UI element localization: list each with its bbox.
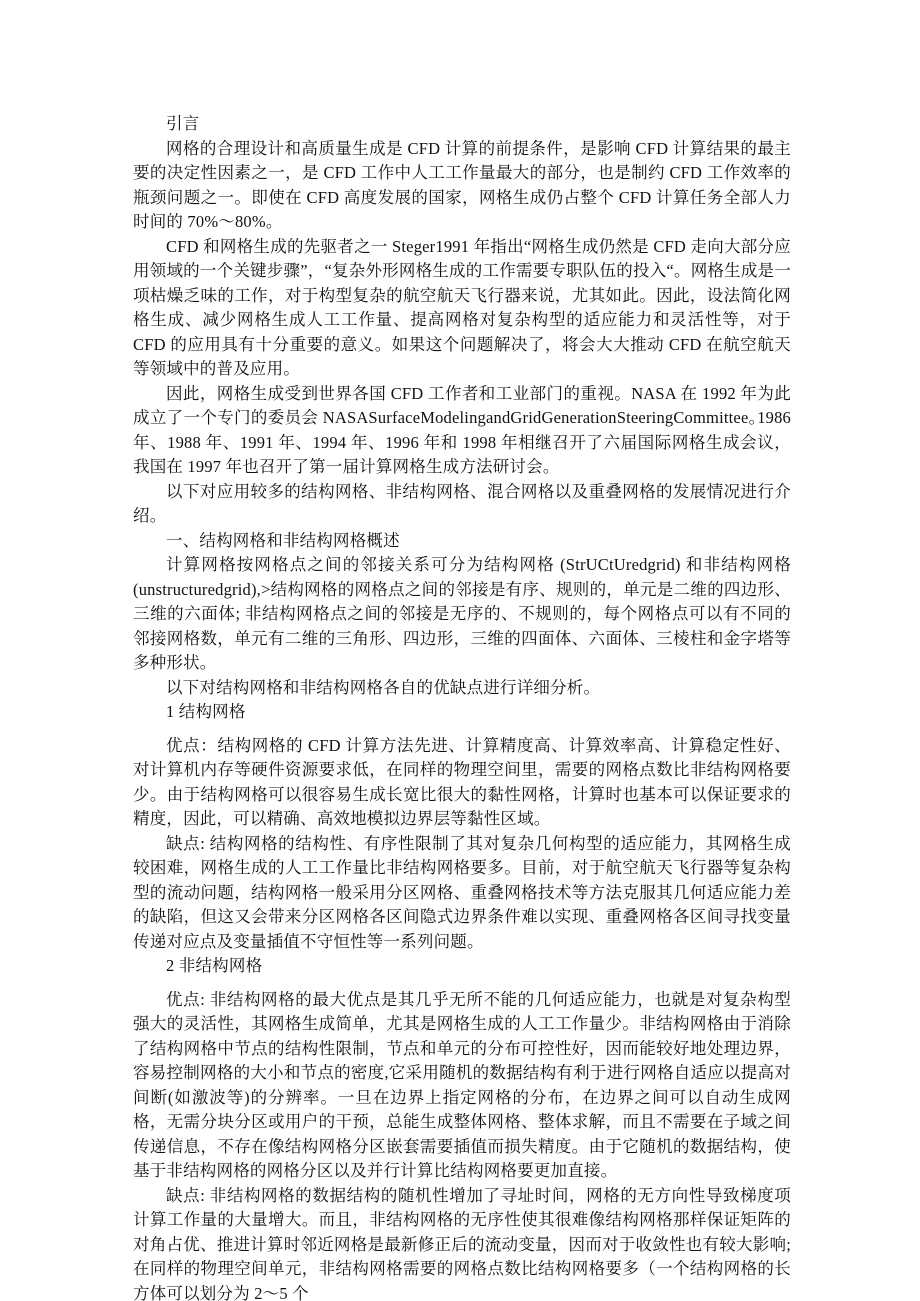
para-unstructured-pros: 优点: 非结构网格的最大优点是其几乎无所不能的几何适应能力，也就是对复杂构型强大… (133, 988, 791, 1184)
para-structured-cons: 缺点: 结构网格的结构性、有序性限制了其对复杂几何构型的适应能力，其网格生成较困… (133, 832, 791, 955)
heading-introduction: 引言 (133, 112, 791, 137)
para-grid-classification: 计算网格按网格点之间的邻接关系可分为结构网格 (StrUCtUredgrid) … (133, 553, 791, 676)
para-mesh-importance: 网格的合理设计和高质量生成是 CFD 计算的前提条件，是影响 CFD 计算结果的… (133, 137, 791, 235)
para-pros-cons-intro: 以下对结构网格和非结构网格各自的优缺点进行详细分析。 (133, 676, 791, 701)
para-steger-quote: CFD 和网格生成的先驱者之一 Steger1991 年指出“网格生成仍然是 C… (133, 235, 791, 382)
document-body: 引言 网格的合理设计和高质量生成是 CFD 计算的前提条件，是影响 CFD 计算… (133, 112, 791, 1301)
heading-section-1-overview: 一、结构网格和非结构网格概述 (133, 529, 791, 554)
para-structured-pros: 优点：结构网格的 CFD 计算方法先进、计算精度高、计算效率高、计算稳定性好、对… (133, 734, 791, 832)
para-overview-intro: 以下对应用较多的结构网格、非结构网格、混合网格以及重叠网格的发展情况进行介绍。 (133, 480, 791, 529)
heading-unstructured-grid: 2 非结构网格 (133, 954, 791, 979)
para-nasa-committee: 因此，网格生成受到世界各国 CFD 工作者和工业部门的重视。NASA 在 199… (133, 382, 791, 480)
para-unstructured-cons: 缺点: 非结构网格的数据结构的随机性增加了寻址时间，网格的无方向性导致梯度项计算… (133, 1184, 791, 1301)
document-page: 引言 网格的合理设计和高质量生成是 CFD 计算的前提条件，是影响 CFD 计算… (0, 0, 920, 1301)
heading-structured-grid: 1 结构网格 (133, 700, 791, 725)
